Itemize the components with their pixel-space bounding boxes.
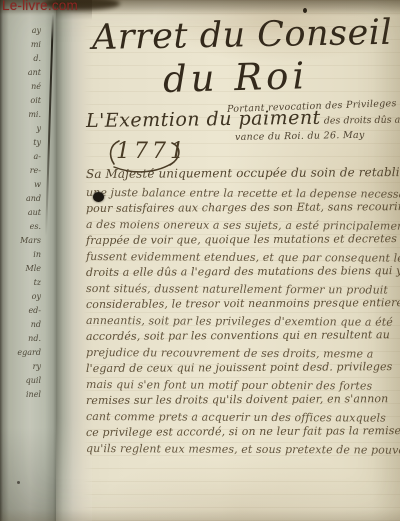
body-text-line: qu'ils reglent eux mesmes, et sous prete… (86, 441, 400, 459)
body-text-line: l'egard de ceux qui ne jouissent point d… (86, 359, 400, 377)
margin-fragment: and (0, 192, 41, 206)
margin-fragment: w (0, 178, 41, 192)
margin-fragment: Mars (0, 234, 41, 248)
margin-fragment: aut (0, 206, 41, 220)
subtitle-date: vance du Roi. du 26. May (235, 130, 365, 143)
margin-fragment: oit (0, 94, 41, 108)
manuscript-photo: aymid.antnéoitmi.ytya-re-wandautes.Marsi… (0, 0, 400, 521)
body-text-line: considerables, le tresor voit neanmoins … (86, 295, 400, 313)
margin-fragment: es. (0, 220, 41, 234)
body-text-line: Sa Majesté uniquement occupée du soin de… (86, 164, 400, 182)
subtitle-exemtion-large: L'Exemtion du paiment (86, 107, 321, 132)
margin-fragment: mi (0, 38, 41, 52)
margin-fragment: mi. (0, 108, 41, 122)
margin-fragment: y (0, 122, 41, 136)
ink-blot (93, 192, 104, 202)
margin-fragment: né (0, 80, 41, 94)
margin-fragment: nd (0, 318, 41, 332)
body-text-line: remises sur les droits qu'ils doivent pa… (86, 391, 400, 409)
margin-fragment: ay (0, 24, 41, 38)
body-text-line: droits a elle dûs a l'egard des mutation… (86, 263, 400, 281)
document-title-line2: du Roi (162, 54, 308, 101)
margin-fragments: aymid.antnéoitmi.ytya-re-wandautes.Marsi… (0, 24, 46, 402)
ink-dot (303, 8, 307, 13)
facing-page-edge: aymid.antnéoitmi.ytya-re-wandautes.Marsi… (0, 0, 56, 521)
margin-fragment: ed- (0, 304, 41, 318)
margin-fragment: re- (0, 164, 41, 178)
margin-fragment: d. (0, 52, 41, 66)
margin-fragment: quil (0, 374, 41, 388)
margin-fragment: ant (0, 66, 41, 80)
margin-fragment: inel (0, 388, 41, 402)
body-text-line: pour satisfaires aux charges des son Eta… (86, 199, 400, 217)
margin-fragment: a- (0, 150, 41, 164)
paper-speck (17, 481, 20, 484)
margin-fragment: oy (0, 290, 41, 304)
margin-fragment: ry (0, 360, 41, 374)
subtitle-exemtion-small: des droits dûs a la ma (321, 114, 400, 127)
document-title-line1: Arret du Conseil d'Etat (92, 11, 400, 58)
body-text-line: accordés, soit par les conventions qui e… (86, 327, 400, 345)
margin-fragment: egard (0, 346, 41, 360)
margin-fragment: tz (0, 276, 41, 290)
margin-fragment: nd. (0, 332, 41, 346)
margin-fragment: Mle (0, 262, 41, 276)
year-text: 1771 (116, 139, 188, 164)
watermark-text: Le-livre.com (2, 0, 78, 13)
margin-fragment: in (0, 248, 41, 262)
margin-fragment: ty (0, 136, 41, 150)
body-text-line: ce privilege est accordé, si on ne leur … (86, 423, 400, 441)
subtitle-exemtion: L'Exemtion du paiment des droits dûs a l… (86, 105, 400, 132)
body-text-line: frappée de voir que, quoique les mutatio… (86, 231, 400, 249)
body-text: Sa Majesté uniquement occupée du soin de… (86, 166, 400, 457)
